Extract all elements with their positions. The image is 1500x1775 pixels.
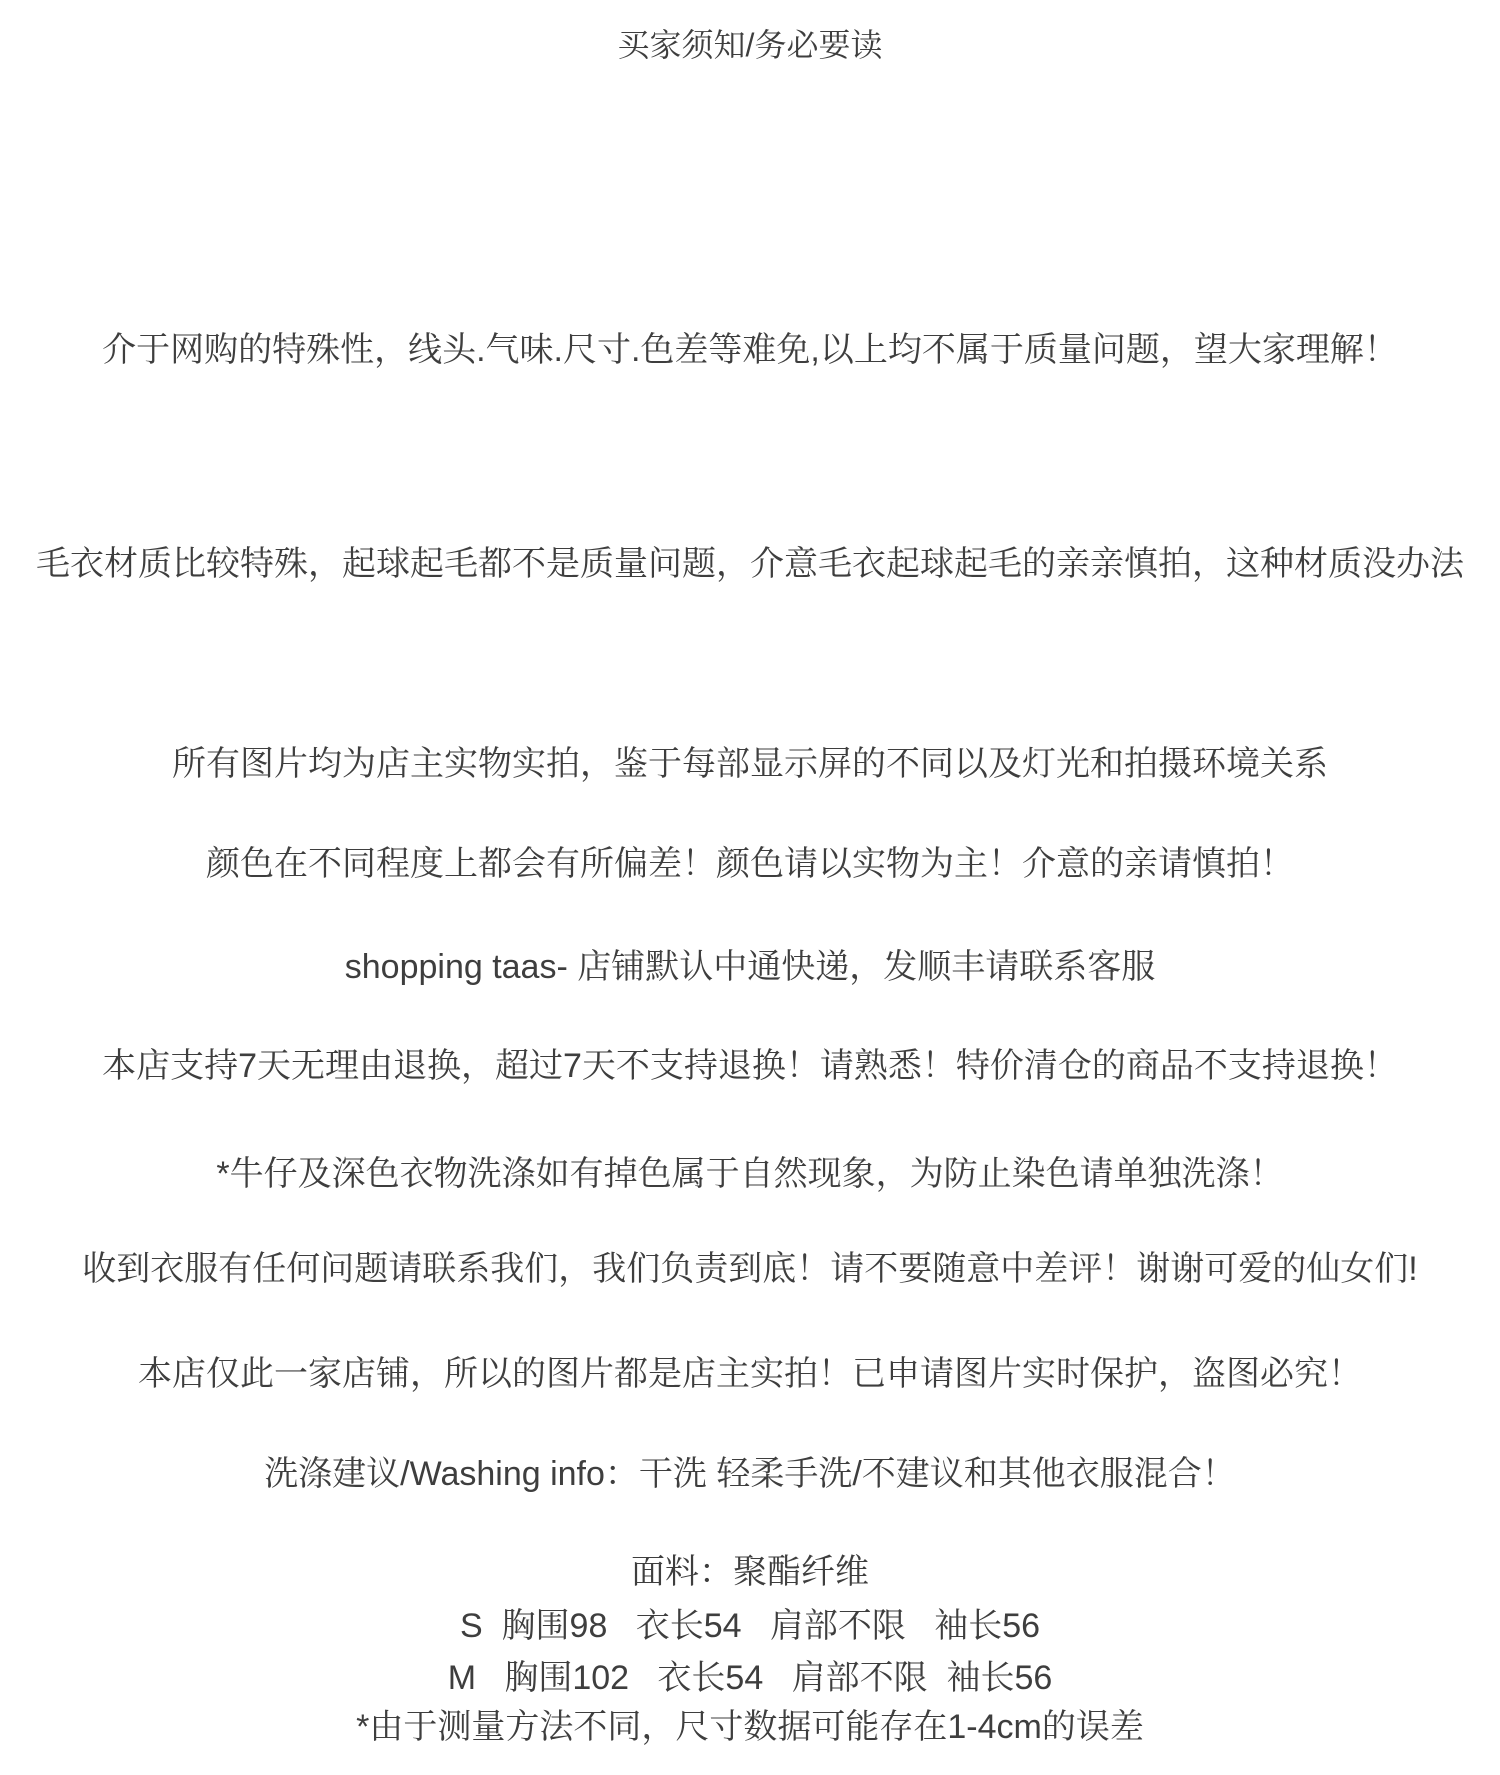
notice-line-returns: 本店支持7天无理由退换，超过7天不支持退换！请熟悉！特价清仓的商品不支持退换！ — [0, 1047, 1500, 1086]
page-title: 买家须知/务必要读 — [0, 27, 1500, 64]
notice-line-washing-fade: *牛仔及深色衣物洗涤如有掉色属于自然现象，为防止染色请单独洗涤！ — [0, 1155, 1500, 1194]
notice-line-support: 收到衣服有任何问题请联系我们，我们负责到底！请不要随意中差评！谢谢可爱的仙女们! — [0, 1250, 1500, 1289]
notice-line: 颜色在不同程度上都会有所偏差！颜色请以实物为主！介意的亲请慎拍！ — [0, 845, 1500, 884]
notice-line: 介于网购的特殊性，线头.气味.尺寸.色差等难免,以上均不属于质量问题，望大家理解… — [0, 331, 1500, 370]
spec-size-m: M 胸围102 衣长54 肩部不限 袖长56 — [0, 1659, 1500, 1698]
spec-tolerance-note: *由于测量方法不同，尺寸数据可能存在1-4cm的误差 — [0, 1708, 1500, 1747]
notice-line: 毛衣材质比较特殊，起球起毛都不是质量问题，介意毛衣起球起毛的亲亲慎拍，这种材质没… — [0, 545, 1500, 584]
notice-line: 所有图片均为店主实物实拍，鉴于每部显示屏的不同以及灯光和拍摄环境关系 — [0, 745, 1500, 784]
notice-line-shipping: shopping taas- 店铺默认中通快递，发顺丰请联系客服 — [0, 948, 1500, 987]
spec-fabric: 面料：聚酯纤维 — [0, 1553, 1500, 1592]
notice-line-copyright: 本店仅此一家店铺，所以的图片都是店主实拍！已申请图片实时保护，盗图必究！ — [0, 1355, 1500, 1394]
buyer-notice-page: 买家须知/务必要读 介于网购的特殊性，线头.气味.尺寸.色差等难免,以上均不属于… — [0, 0, 1500, 1775]
spec-size-s: S 胸围98 衣长54 肩部不限 袖长56 — [0, 1607, 1500, 1646]
notice-line-washing-advice: 洗涤建议/Washing info：干洗 轻柔手洗/不建议和其他衣服混合！ — [0, 1455, 1500, 1494]
